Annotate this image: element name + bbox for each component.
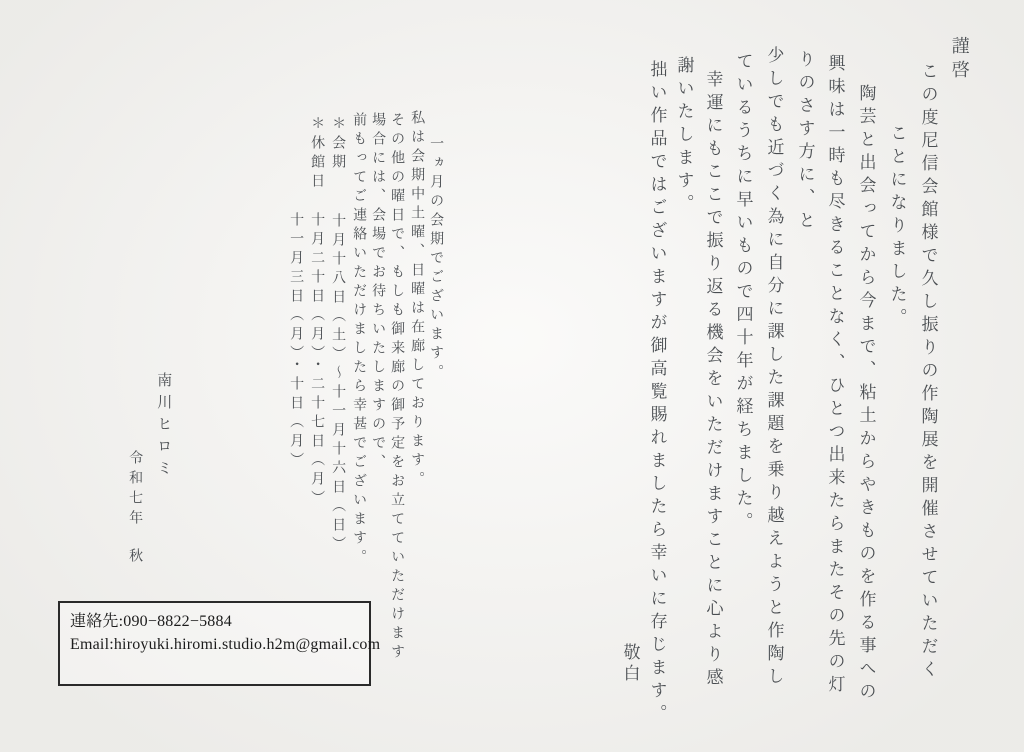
exhibition-period-label: ＊会期: [330, 116, 346, 173]
scanned-letter-page: 謹啓 この度尼信会館様で久し振りの作陶展を開催させていただく ことになりました。…: [0, 0, 1024, 752]
letter-column: 拙い作品ではございますが御高覧賜れましたら幸いに存じます。: [646, 60, 666, 727]
closed-days-dates: 十月二十日（月）・二十七日（月）: [309, 212, 325, 509]
signature-era: 令和七年: [127, 450, 143, 530]
letter-column: 謝いたします。: [673, 56, 693, 217]
closed-days: ＊休館日十月二十日（月）・二十七日（月）: [309, 116, 325, 509]
closed-days-label: ＊休館日: [309, 116, 325, 192]
notes-column: 場合には、会場でお待ちいたしますので、: [370, 112, 386, 473]
contact-phone: 連絡先:090−8822−5884: [70, 611, 363, 634]
letter-column: ことになりました。: [886, 124, 906, 331]
notes-column: 私は会期中土曜、日曜は在廊しております。: [409, 110, 425, 490]
notes-column: その他の曜日で、もしも御来廊の御予定をお立てていただけます: [389, 112, 405, 663]
letter-column: ているうちに早いもので四十年が経ちました。: [732, 52, 752, 535]
letter-column: 幸運にもここで振り返る機会をいただけますことに心より感: [702, 70, 722, 691]
exhibition-period: ＊会期十月十八日（土）〜十一月十六日（日）: [330, 116, 346, 555]
notes-column: 一ヵ月の会期でございます。: [428, 136, 444, 383]
signature-name: 南川ヒロミ: [155, 372, 172, 482]
contact-email: Email:hiroyuki.hiromi.studio.h2m@gmail.c…: [70, 634, 363, 657]
signature-season: 秋: [127, 548, 143, 568]
letter-column: この度尼信会館様で久し振りの作陶展を開催させていただく: [917, 62, 937, 683]
letter-column: 少しでも近づく為に自分に課した課題を乗り越えようと作陶し: [763, 46, 783, 690]
contact-box: 連絡先:090−8822−5884 Email:hiroyuki.hiromi.…: [58, 601, 371, 686]
signature-date: 令和七年秋: [127, 450, 143, 568]
letter-opening: 謹啓: [948, 36, 969, 84]
letter-column: 興味は一時も尽きることなく、ひとつ出来たらまたその先の灯: [824, 54, 844, 698]
letter-column: りのさす方に、と: [794, 50, 814, 234]
closed-days-continued: 十一月三日（月）・十日（月）: [288, 212, 304, 471]
letter-column: 陶芸と出会ってから今まで、粘土からやきものを作る事への: [855, 84, 875, 705]
notes-column: 前もってご連絡いただけましたら幸甚でございます。: [351, 112, 367, 568]
letter-closing: 敬白: [619, 643, 639, 685]
exhibition-period-dates: 十月十八日（土）〜十一月十六日（日）: [330, 213, 346, 555]
